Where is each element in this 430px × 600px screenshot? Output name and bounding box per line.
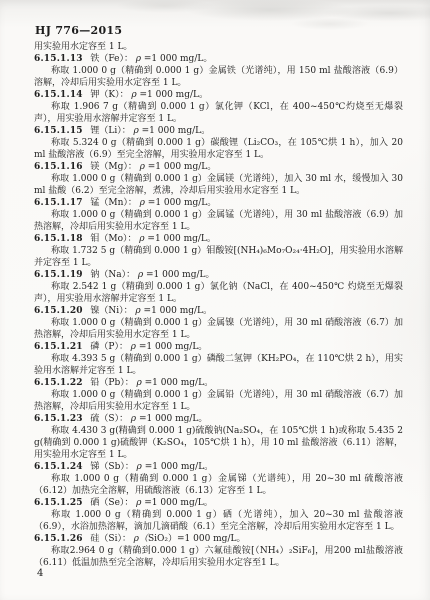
section-number: 6.15.1.22 xyxy=(34,378,83,388)
section-number: 6.15.1.25 xyxy=(34,498,83,508)
section-heading: 6.15.1.23硫（S）：ρ =1 000 mg/L。 xyxy=(34,413,403,425)
section-concentration: ρ =1 000 mg/L。 xyxy=(137,461,214,473)
section-heading: 6.15.1.25硒（Se）：ρ =1 000 mg/L。 xyxy=(34,497,403,509)
section-concentration: ρ =1 000 mg/L。 xyxy=(140,161,217,173)
section-heading: 6.15.1.15锂（Li）：ρ =1 000 mg/L。 xyxy=(34,125,403,137)
section-concentration: ρ =1 000 mg/L。 xyxy=(133,125,210,137)
section-heading: 6.15.1.20镍（Ni）：ρ =1 000 mg/L。 xyxy=(34,305,403,317)
standard-solution-section: 6.15.1.26硅（Si）：ρ（SiO₂）=1 000 mg/L。 称取2.9… xyxy=(34,533,403,569)
section-element-name: 铅（Pb）： xyxy=(90,378,133,388)
section-heading: 6.15.1.16镁（Mg）：ρ =1 000 mg/L。 xyxy=(34,161,403,173)
section-procedure-text: 称取 5.324 0 g（精确到 0.000 1 g）碳酸锂（Li₂CO₃，在 … xyxy=(34,137,403,161)
section-number: 6.15.1.23 xyxy=(34,414,83,424)
section-concentration: ρ =1 000 mg/L。 xyxy=(131,341,208,353)
section-concentration: ρ =1 000 mg/L。 xyxy=(131,413,208,425)
section-element-name: 钾（K）： xyxy=(90,90,128,100)
section-heading: 6.15.1.26硅（Si）：ρ（SiO₂）=1 000 mg/L。 xyxy=(34,533,403,545)
section-number: 6.15.1.15 xyxy=(34,126,83,136)
section-number: 6.15.1.17 xyxy=(34,198,83,208)
section-element-name: 锰（Mn）： xyxy=(90,198,137,208)
section-heading: 6.15.1.24锑（Sb）：ρ =1 000 mg/L。 xyxy=(34,461,403,473)
section-heading: 6.15.1.19钠（Na）：ρ =1 000 mg/L。 xyxy=(34,269,403,281)
page-number: 4 xyxy=(37,568,43,579)
section-procedure-text: 称取 1.000 0 g（精确到 0.000 1 g）硒（光谱纯），加入 20~… xyxy=(34,509,403,533)
section-number: 6.15.1.18 xyxy=(34,234,83,244)
section-element-name: 钼（Mo）： xyxy=(90,234,136,244)
page-content: 用实验用水定容至 1 L。 6.15.1.13铁（Fe）：ρ =1 000 mg… xyxy=(34,41,403,569)
standard-solution-section: 6.15.1.18钼（Mo）：ρ =1 000 mg/L。 称取 1.732 5… xyxy=(34,233,403,269)
standard-solution-section: 6.15.1.17锰（Mn）：ρ =1 000 mg/L。 称取 1.000 0… xyxy=(34,197,403,233)
standard-solution-section: 6.15.1.15锂（Li）：ρ =1 000 mg/L。 称取 5.324 0… xyxy=(34,125,403,161)
section-procedure-text: 称取 2.542 1 g（精确到 0.000 1 g）氯化钠（NaCl，在 40… xyxy=(34,281,403,305)
section-concentration: ρ（SiO₂）=1 000 mg/L。 xyxy=(134,533,246,545)
standard-solution-section: 6.15.1.13铁（Fe）：ρ =1 000 mg/L。 称取 1.000 0… xyxy=(34,53,403,89)
section-concentration: ρ =1 000 mg/L。 xyxy=(138,269,215,281)
section-procedure-text: 称取 1.906 7 g（精确到 0.000 1 g）氯化钾（KCl，在 400… xyxy=(34,101,403,125)
section-heading: 6.15.1.21磷（P）：ρ =1 000 mg/L。 xyxy=(34,341,403,353)
section-element-name: 镁（Mg）： xyxy=(90,162,136,172)
section-element-name: 镍（Ni）： xyxy=(90,306,132,316)
section-procedure-text: 称取 1.000 0 g（精确到 0.000 1 g）金属镁（光谱纯），加入 3… xyxy=(34,173,403,197)
section-heading: 6.15.1.14钾（K）：ρ =1 000 mg/L。 xyxy=(34,89,403,101)
section-procedure-text: 称取 1.000 0 g（精确到 0.000 1 g）金属锑（光谱纯），用 20… xyxy=(34,473,403,497)
section-procedure-text: 称取 4.430 3 g(精确到 0.000 1 g)硫酸钠(Na₂SO₄，在 … xyxy=(34,425,403,461)
section-procedure-text: 称取 1.000 0 g（精确到 0.000 1 g）金属铁（光谱纯），用 15… xyxy=(34,65,403,89)
section-concentration: ρ =1 000 mg/L。 xyxy=(136,377,213,389)
section-number: 6.15.1.24 xyxy=(34,462,83,472)
section-number: 6.15.1.14 xyxy=(34,90,83,100)
standard-solution-section: 6.15.1.19钠（Na）：ρ =1 000 mg/L。 称取 2.542 1… xyxy=(34,269,403,305)
section-concentration: ρ =1 000 mg/L。 xyxy=(131,89,208,101)
standard-solution-section: 6.15.1.24锑（Sb）：ρ =1 000 mg/L。 称取 1.000 0… xyxy=(34,461,403,497)
section-number: 6.15.1.26 xyxy=(34,534,83,544)
section-element-name: 锑（Sb）： xyxy=(90,462,133,472)
section-procedure-text: 称取 1.732 5 g（精确到 0.000 1 g）钼酸铵[(NH₄)₆Mo₇… xyxy=(34,245,403,269)
section-number: 6.15.1.20 xyxy=(34,306,83,316)
section-element-name: 硫（S）： xyxy=(90,414,128,424)
scanned-document-page: HJ 776—2015 用实验用水定容至 1 L。 6.15.1.13铁（Fe）… xyxy=(0,0,430,600)
section-number: 6.15.1.21 xyxy=(34,342,83,352)
section-procedure-text: 称取 1.000 0 g（精确到 0.000 1 g）金属锰（光谱纯），用 30… xyxy=(34,209,403,233)
standard-solution-section: 6.15.1.21磷（P）：ρ =1 000 mg/L。 称取 4.393 5 … xyxy=(34,341,403,377)
section-number: 6.15.1.13 xyxy=(34,54,83,64)
section-procedure-text: 称取 1.000 0 g（精确到 0.000 1 g）金属铅（光谱纯），用 30… xyxy=(34,389,403,413)
section-concentration: ρ =1 000 mg/L。 xyxy=(136,53,213,65)
section-element-name: 钠（Na）： xyxy=(90,270,135,280)
section-heading: 6.15.1.22铅（Pb）：ρ =1 000 mg/L。 xyxy=(34,377,403,389)
section-element-name: 硅（Si）： xyxy=(90,534,131,544)
section-procedure-text: 称取 1.000 0 g（精确到 0.000 1 g）金属镍（光谱纯），用 30… xyxy=(34,317,403,341)
standard-solution-section: 6.15.1.22铅（Pb）：ρ =1 000 mg/L。 称取 1.000 0… xyxy=(34,377,403,413)
standard-solution-section: 6.15.1.23硫（S）：ρ =1 000 mg/L。 称取 4.430 3 … xyxy=(34,413,403,461)
section-concentration: ρ =1 000 mg/L。 xyxy=(136,497,213,509)
section-heading: 6.15.1.17锰（Mn）：ρ =1 000 mg/L。 xyxy=(34,197,403,209)
section-concentration: ρ =1 000 mg/L。 xyxy=(140,197,217,209)
section-heading: 6.15.1.18钼（Mo）：ρ =1 000 mg/L。 xyxy=(34,233,403,245)
section-element-name: 硒（Se）： xyxy=(90,498,133,508)
standard-solution-section: 6.15.1.20镍（Ni）：ρ =1 000 mg/L。 称取 1.000 0… xyxy=(34,305,403,341)
standard-solution-section: 6.15.1.25硒（Se）：ρ =1 000 mg/L。 称取 1.000 0… xyxy=(34,497,403,533)
section-element-name: 磷（P）： xyxy=(90,342,128,352)
section-heading: 6.15.1.13铁（Fe）：ρ =1 000 mg/L。 xyxy=(34,53,403,65)
standard-solution-section: 6.15.1.16镁（Mg）：ρ =1 000 mg/L。 称取 1.000 0… xyxy=(34,161,403,197)
section-element-name: 锂（Li）： xyxy=(90,126,130,136)
section-procedure-text: 称取 4.393 5 g（精确到 0.000 1 g）磷酸二氢钾（KH₂PO₄，… xyxy=(34,353,403,377)
section-number: 6.15.1.19 xyxy=(34,270,83,280)
section-procedure-text: 称取2.964 0 g（精确到0.000 1 g）六氟硅酸铵[（NH₄）₂SiF… xyxy=(34,545,403,569)
section-concentration: ρ =1 000 mg/L。 xyxy=(135,305,212,317)
continuation-line: 用实验用水定容至 1 L。 xyxy=(34,41,403,53)
sections-list: 6.15.1.13铁（Fe）：ρ =1 000 mg/L。 称取 1.000 0… xyxy=(34,53,403,569)
standard-solution-section: 6.15.1.14钾（K）：ρ =1 000 mg/L。 称取 1.906 7 … xyxy=(34,89,403,125)
section-element-name: 铁（Fe）： xyxy=(90,54,133,64)
section-concentration: ρ =1 000 mg/L。 xyxy=(139,233,216,245)
standard-code-header: HJ 776—2015 xyxy=(35,24,122,37)
section-number: 6.15.1.16 xyxy=(34,162,83,172)
